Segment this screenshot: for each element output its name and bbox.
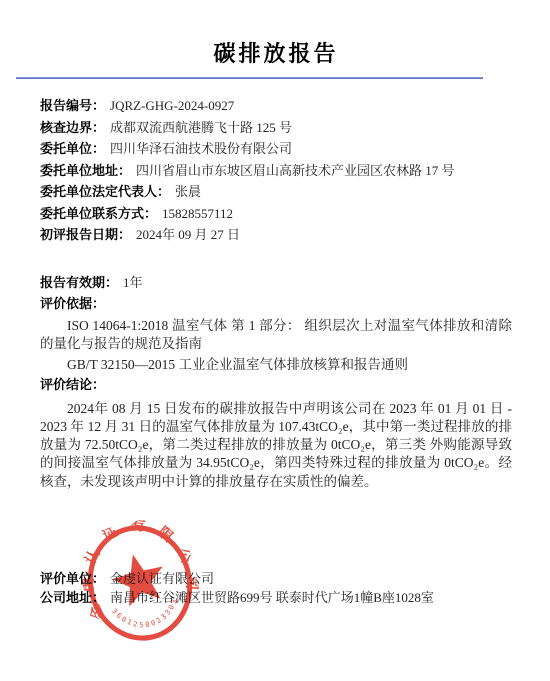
field-label: 委托单位联系方式： — [40, 206, 157, 221]
field-row-validity-period: 报告有效期：1年 — [40, 272, 512, 294]
field-label: 核查边界： — [40, 120, 105, 135]
footer-block: 评价单位：金虔认证有限公司 公司地址：南昌市红谷滩区世贸路699号 联泰时代广场… — [40, 569, 512, 608]
field-value: 四川省眉山市东坡区眉山高新技术产业园区农林路 17 号 — [136, 163, 455, 178]
field-label: 评价单位： — [40, 571, 105, 586]
conclusion-paragraph: 2024年 08 月 15 日发布的碳排放报告中声明该公司在 2023 年 01… — [40, 400, 512, 491]
basis-item-iso: ISO 14064-1:2018 温室气体 第 1 部分： 组织层次上对温室气体… — [40, 317, 512, 354]
field-row-report-number: 报告编号：JQRZ-GHG-2024-0927 — [40, 95, 512, 117]
field-value: 2024年 09 月 27 日 — [136, 227, 240, 242]
field-label: 报告有效期： — [40, 275, 118, 290]
field-label: 委托单位： — [40, 141, 105, 156]
evaluation-basis-label: 评价依据： — [40, 293, 512, 315]
field-row-verification-boundary: 核查边界：成都双流西航港腾飞十路 125 号 — [40, 117, 512, 139]
field-value: 张晨 — [175, 184, 201, 199]
field-row-legal-representative: 委托单位法定代表人：张晨 — [40, 181, 512, 203]
footer-row-evaluating-company: 评价单位：金虔认证有限公司 — [40, 569, 512, 589]
field-value: JQRZ-GHG-2024-0927 — [110, 98, 234, 113]
field-value: 金虔认证有限公司 — [110, 571, 214, 586]
field-label: 初评报告日期： — [40, 227, 131, 242]
field-value: 1年 — [123, 275, 143, 290]
field-value: 15828557112 — [162, 206, 233, 221]
field-label: 委托单位地址： — [40, 163, 131, 178]
footer-row-company-address: 公司地址：南昌市红谷滩区世贸路699号 联泰时代广场1幢B座1028室 — [40, 588, 512, 608]
field-row-client-address: 委托单位地址：四川省眉山市东坡区眉山高新技术产业园区农林路 17 号 — [40, 160, 512, 182]
report-document: 碳排放报告 报告编号：JQRZ-GHG-2024-0927 核查边界：成都双流西… — [0, 0, 550, 681]
page-title: 碳排放报告 — [40, 40, 512, 68]
field-label: 公司地址： — [40, 590, 105, 605]
field-label: 报告编号： — [40, 98, 105, 113]
field-value: 南昌市红谷滩区世贸路699号 联泰时代广场1幢B座1028室 — [110, 590, 434, 605]
field-value: 成都双流西航港腾飞十路 125 号 — [110, 120, 292, 135]
basis-item-gbt: GB/T 32150—2015 工业企业温室气体排放核算和报告通则 — [40, 356, 512, 375]
field-row-contact-phone: 委托单位联系方式：15828557112 — [40, 203, 512, 225]
field-row-initial-report-date: 初评报告日期：2024年 09 月 27 日 — [40, 224, 512, 246]
field-value: 四川华泽石油技术股份有限公司 — [110, 141, 292, 156]
field-list: 报告编号：JQRZ-GHG-2024-0927 核查边界：成都双流西航港腾飞十路… — [40, 95, 512, 293]
field-label: 委托单位法定代表人： — [40, 184, 170, 199]
field-row-client-name: 委托单位：四川华泽石油技术股份有限公司 — [40, 138, 512, 160]
evaluation-conclusion-label: 评价结论： — [40, 374, 512, 396]
title-divider — [16, 77, 483, 79]
